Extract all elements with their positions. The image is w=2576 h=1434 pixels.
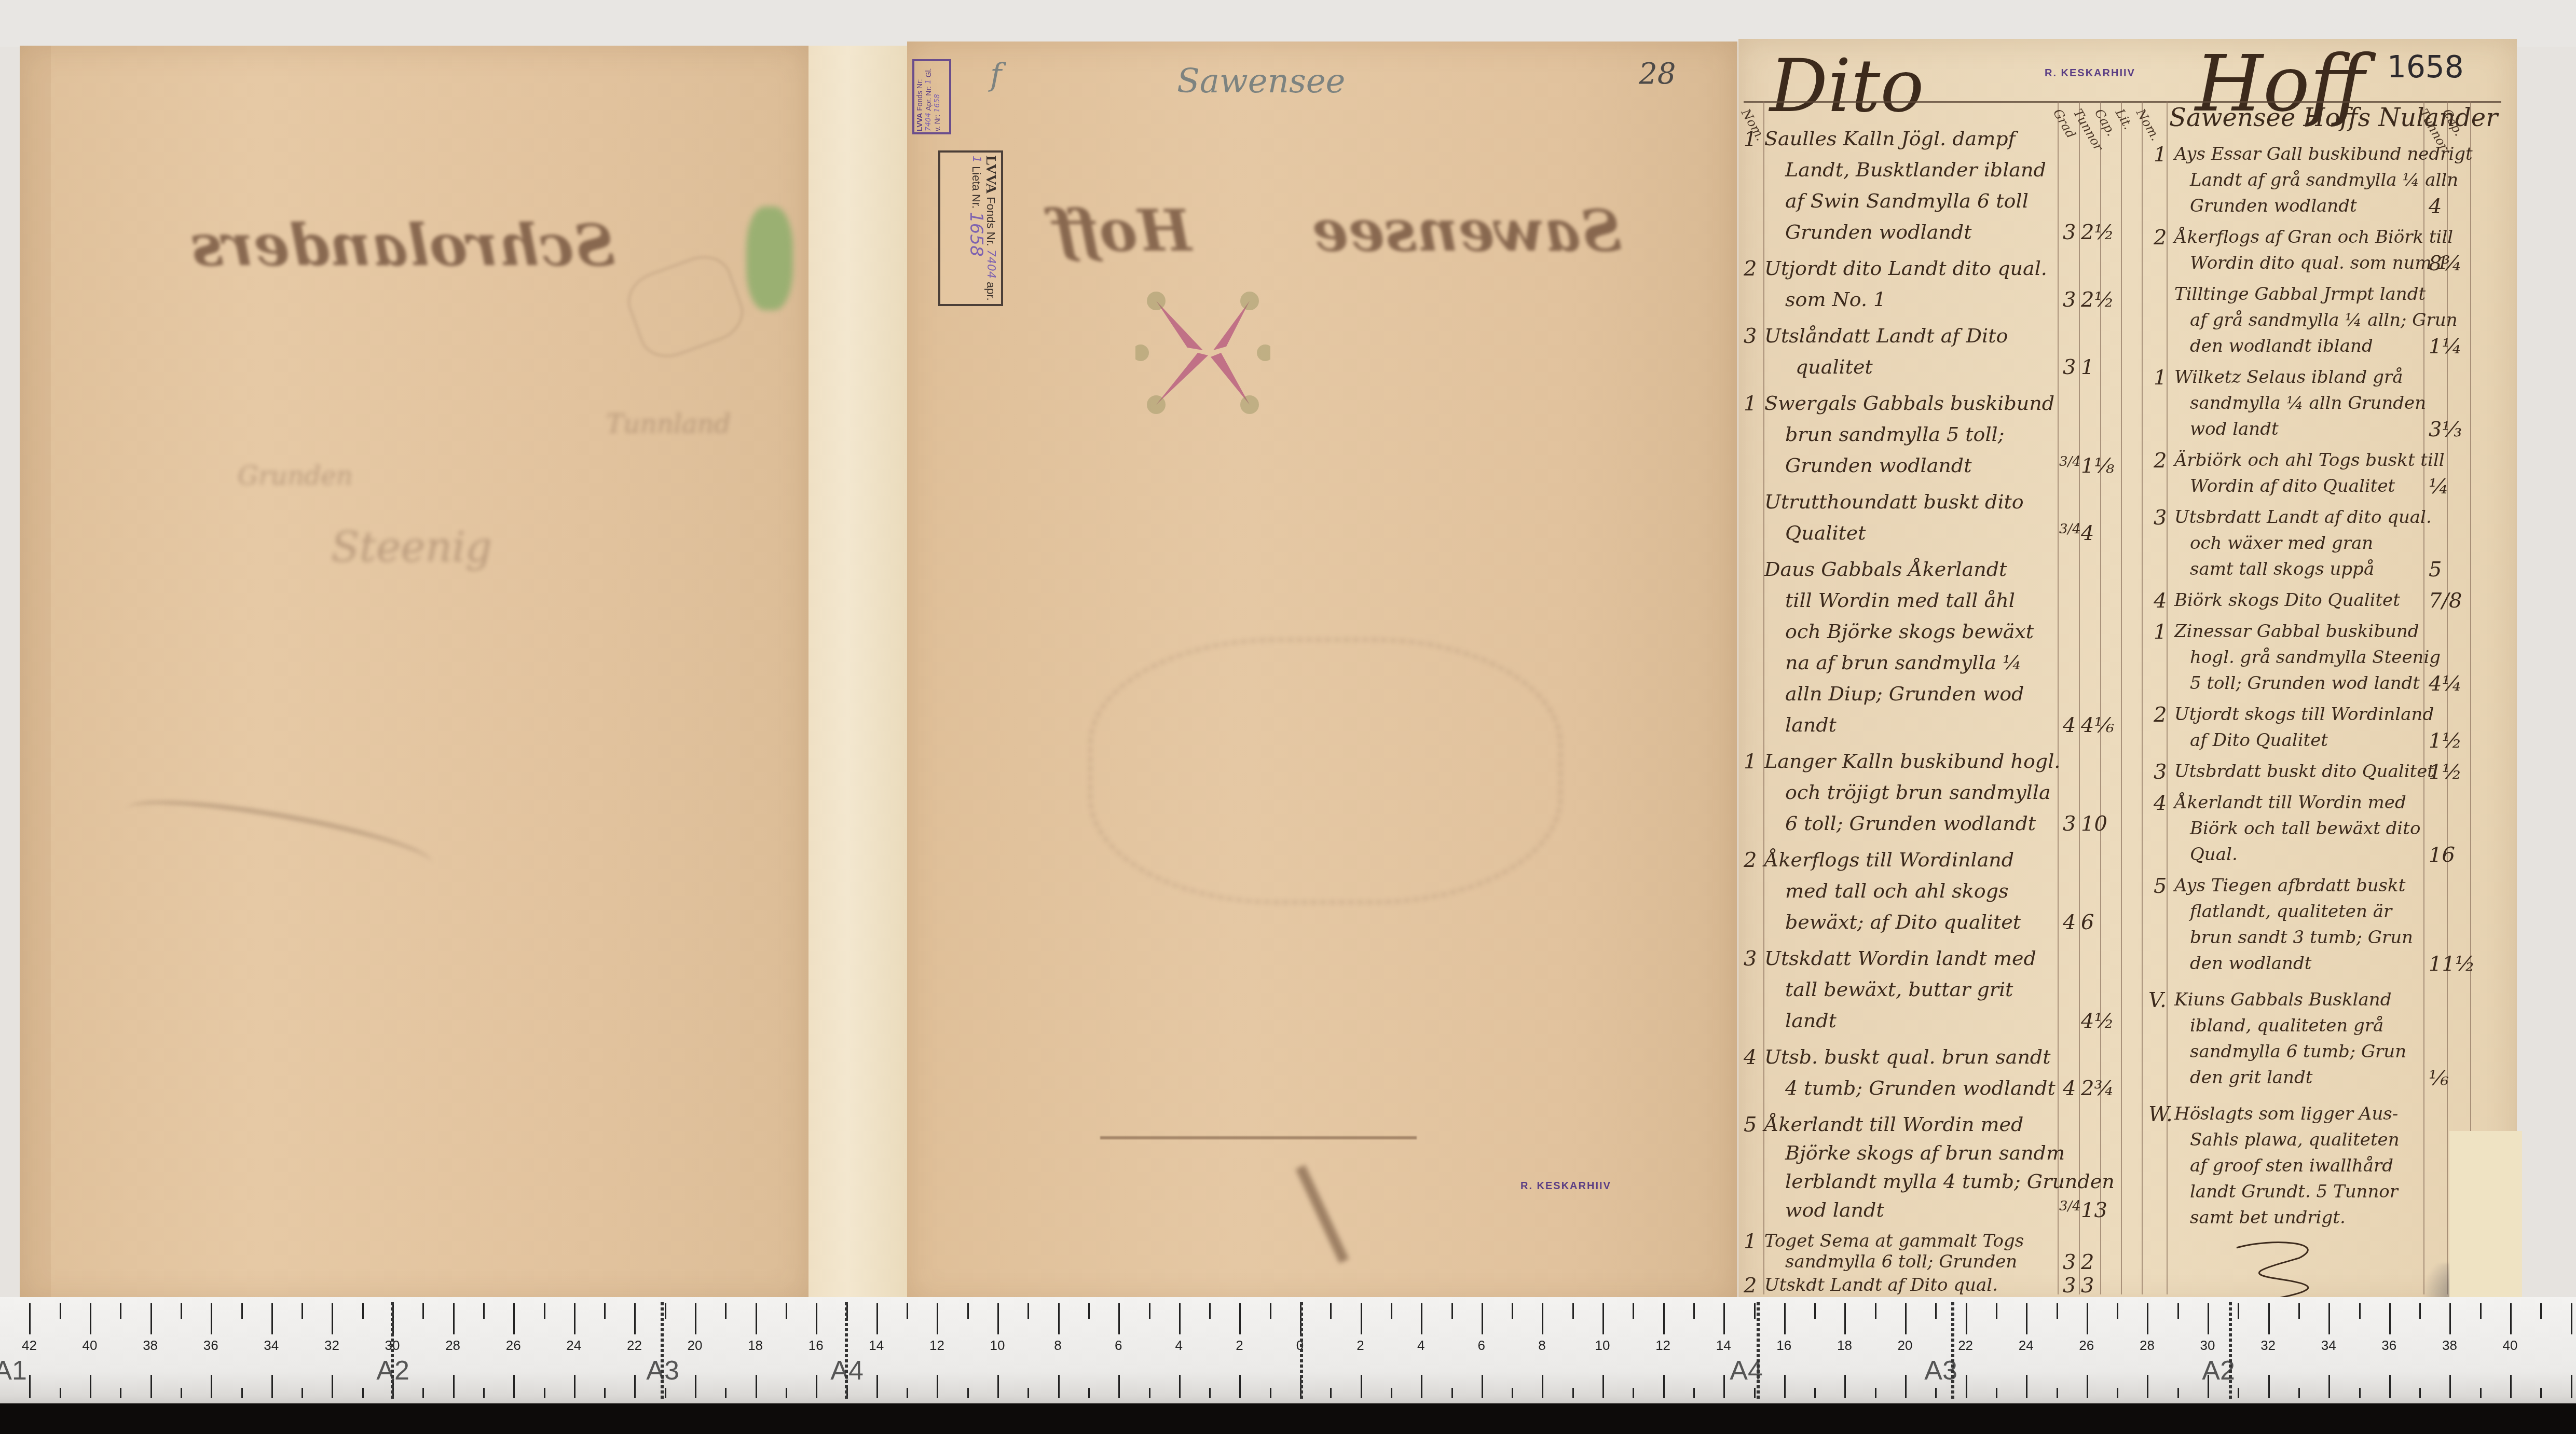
nom-value: 1 xyxy=(2154,143,2167,167)
ruler-label: 6 xyxy=(1478,1338,1485,1354)
ruler-tick xyxy=(483,1388,485,1398)
ruler-tick xyxy=(1542,1303,1543,1334)
tunnor-value: 1½ xyxy=(2429,729,2462,753)
bleed-rule-line xyxy=(1100,1136,1417,1139)
ruler-tick xyxy=(483,1303,485,1319)
stamp-title: LVVA xyxy=(983,156,999,194)
paper-format-line xyxy=(391,1302,394,1401)
ruler-tick xyxy=(816,1303,817,1334)
entry-line: Utjordt dito Landt dito qual. xyxy=(1764,257,2047,280)
ruler-tick xyxy=(1754,1388,1756,1398)
tunnor-value: 4¼ xyxy=(2429,672,2462,696)
ruler-tick xyxy=(937,1303,938,1334)
ruler-label: 18 xyxy=(748,1338,763,1354)
entry-line: Landt, Busktlander ibland xyxy=(1785,158,2046,181)
column-rule xyxy=(2121,101,2122,1294)
tunnor-value: 1⅛ xyxy=(2081,454,2114,478)
ruler-tick xyxy=(604,1388,606,1398)
ruler-label: 10 xyxy=(990,1338,1005,1354)
entry-line: ibland, qualiteten grå xyxy=(2190,1014,2383,1037)
tunnor-value: 4½ xyxy=(2081,1009,2114,1033)
ruler-tick xyxy=(2510,1303,2512,1334)
entry-line: af grå sandmylla ¼ alln; Grun xyxy=(2190,309,2458,332)
nom-value: 2 xyxy=(1744,1274,1757,1298)
ruler-tick xyxy=(2268,1375,2270,1398)
ruler-tick xyxy=(1451,1388,1453,1398)
page-number: 28 xyxy=(1639,57,1676,91)
nom-value: 4 xyxy=(2154,589,2167,613)
ruler-tick xyxy=(453,1303,455,1334)
ruler-label: 36 xyxy=(2381,1338,2396,1354)
entry-line: den wodlandt ibland xyxy=(2190,335,2373,357)
entry-line: Ays Essar Gall buskibund nedrigt xyxy=(2174,143,2473,166)
ruler-tick xyxy=(967,1388,969,1398)
binding-gutter xyxy=(809,46,907,1301)
ruler-tick xyxy=(2389,1375,2391,1398)
tunnor-value: 4 xyxy=(2081,521,2094,545)
entry-line: Biörk och tall bewäxt dito xyxy=(2190,817,2420,840)
ruler-label: 12 xyxy=(1655,1338,1670,1354)
column-rule xyxy=(2058,101,2059,1294)
ruler-label: 18 xyxy=(1837,1338,1852,1354)
ruler-tick xyxy=(1602,1303,1604,1334)
ruler-label: 8 xyxy=(1054,1338,1061,1354)
ruler-label: 34 xyxy=(2321,1338,2336,1354)
ruler-tick xyxy=(1118,1303,1120,1334)
keskarhiiv-stamp: R. KESKARHIIV xyxy=(1520,1180,1611,1192)
ruler-tick xyxy=(2117,1388,2118,1398)
tunnor-value: 2¾ xyxy=(2081,1077,2114,1100)
grad-value: 3 xyxy=(2063,355,2076,379)
entry-line: 5 toll; Grunden wod landt xyxy=(2190,672,2420,695)
ruler-tick xyxy=(1693,1388,1695,1398)
nom-value: 5 xyxy=(2154,874,2167,898)
nom-value: 2 xyxy=(2154,449,2167,473)
ruler-tick xyxy=(1118,1375,1120,1398)
ruler-tick xyxy=(241,1303,243,1319)
ruler-label: 36 xyxy=(203,1338,218,1354)
ruler-tick xyxy=(1149,1303,1150,1319)
paper-format-line xyxy=(2229,1302,2232,1401)
entry-line: na af brun sandmylla ¼ xyxy=(1785,651,2022,674)
tunnor-value: 2 xyxy=(2081,1250,2094,1274)
ruler-tick xyxy=(120,1303,121,1319)
entry-line: Langer Kalln buskibund hogl. xyxy=(1764,750,2060,773)
entry-line: af Swin Sandmylla 6 toll xyxy=(1785,189,2029,212)
column-rule xyxy=(2470,101,2471,1294)
entry-line: af Dito Qualitet xyxy=(2190,729,2328,752)
entry-line: Utrutthoundatt buskt dito xyxy=(1764,490,2024,513)
entry-line: Åkerlandt till Wordin med xyxy=(1764,1113,2023,1136)
entry-line: Tilltinge Gabbal Jrmpt landt xyxy=(2174,283,2426,306)
entry-line: Björke skogs af brun sandm xyxy=(1785,1141,2065,1164)
ruler-tick xyxy=(1784,1303,1786,1334)
tunnor-value: 13 xyxy=(2081,1198,2107,1222)
pencil-mark: f xyxy=(990,57,1002,93)
ruler-label: 16 xyxy=(809,1338,824,1354)
ruler-label: 10 xyxy=(1595,1338,1610,1354)
nom-value: 1 xyxy=(1744,1230,1757,1253)
archive-stamp-large: LVVA Fonds Nr. 7404 apr. 1 Lieta Nr. 165… xyxy=(938,150,1003,306)
ruler-tick xyxy=(2298,1388,2300,1398)
page-title-left: Dito xyxy=(1770,44,1924,129)
entry-line: sandmylla 6 toll; Grunden xyxy=(1785,1250,2017,1273)
ruler-tick xyxy=(2026,1375,2027,1398)
entry-line: Utjordt skogs till Wordinland xyxy=(2174,703,2434,726)
entry-line: tall bewäxt, buttar grit xyxy=(1785,978,2013,1001)
ruler-tick xyxy=(1844,1303,1846,1334)
ruler-tick xyxy=(1572,1303,1574,1319)
ruler-tick xyxy=(695,1303,696,1334)
bleed-word: Hoff xyxy=(1052,197,1191,264)
ruler-tick xyxy=(786,1388,787,1398)
ruler-tick xyxy=(1421,1303,1422,1334)
entry-line: Utslåndatt Landt af Dito xyxy=(1764,324,2008,347)
grad-value: 4 xyxy=(2063,1077,2076,1100)
tunnor-value: ¼ xyxy=(2429,475,2449,499)
entry-line: lerblandt mylla 4 tumb; Grunden xyxy=(1785,1170,2115,1193)
tunnor-value: 3⅓ xyxy=(2429,418,2462,442)
ruler-tick xyxy=(2540,1303,2542,1319)
stamp-value: 1 xyxy=(970,156,983,163)
ruler-tick xyxy=(241,1388,243,1398)
ruler-tick xyxy=(422,1388,424,1398)
ruler-tick xyxy=(2571,1303,2572,1334)
bleed-flourish xyxy=(122,787,436,886)
entry-line: sandmylla 6 tumb; Grun xyxy=(2190,1040,2406,1063)
ruler-tick xyxy=(90,1375,91,1398)
entry-line: Swergals Gabbals buskibund xyxy=(1764,392,2054,415)
entry-line: samt bet undrigt. xyxy=(2190,1206,2346,1229)
ruler-tick xyxy=(1966,1303,1967,1334)
ruler-tick xyxy=(1027,1388,1029,1398)
stamp-label: Lieta Nr. xyxy=(970,166,983,209)
ruler-tick xyxy=(271,1375,273,1398)
ruler-tick xyxy=(2419,1303,2421,1319)
paper-format-marker: A1 xyxy=(0,1355,27,1386)
ruler-tick xyxy=(1723,1375,1725,1398)
ruler-label: 2 xyxy=(1356,1338,1364,1354)
scanner-edge xyxy=(0,1403,2576,1434)
entry-line: Åkerlandt till Wordin med xyxy=(2174,791,2406,814)
ruler-tick xyxy=(2026,1303,2027,1334)
ruler-label: 14 xyxy=(869,1338,884,1354)
ruler-tick xyxy=(1633,1388,1634,1398)
entry-line: landt xyxy=(1785,713,1837,736)
entry-line: Wordin dito qual. som num 1 xyxy=(2190,252,2448,274)
ruler-tick xyxy=(1602,1375,1604,1398)
entry-line: Wilketz Selaus ibland grå xyxy=(2174,366,2403,389)
nom-value: 2 xyxy=(1744,257,1757,281)
ruler-tick xyxy=(634,1375,636,1398)
ruler-tick xyxy=(997,1375,999,1398)
entry-line: Utsb. buskt qual. brun sandt xyxy=(1764,1045,2050,1068)
tunnor-value: 1½ xyxy=(2429,760,2462,784)
grad-value: 3 xyxy=(2063,812,2076,836)
ruler-label: 26 xyxy=(506,1338,521,1354)
grad-value: 3 xyxy=(2063,1274,2076,1298)
ruler-tick xyxy=(90,1303,91,1334)
ruler-tick xyxy=(2480,1388,2482,1398)
stamp-value: 7404 xyxy=(924,113,933,131)
ruler-tick xyxy=(2147,1303,2148,1334)
ruler-tick xyxy=(997,1303,999,1334)
ruler-tick xyxy=(1572,1388,1574,1398)
entry-line: och wäxer med gran xyxy=(2190,532,2373,555)
bleed-fragment: Grunden xyxy=(238,461,353,491)
tunnor-value: 1¼ xyxy=(2429,335,2462,358)
nom-value: 1 xyxy=(1744,392,1757,416)
ruler-tick xyxy=(29,1375,31,1398)
entry-line: Saulles Kalln Jögl. dampf xyxy=(1764,127,2016,150)
stamp-value: 1658 xyxy=(933,94,941,113)
ruler-tick xyxy=(1330,1388,1332,1398)
ruler-tick xyxy=(1451,1303,1453,1319)
nom-value: 1 xyxy=(2154,620,2167,644)
ruler-tick xyxy=(1482,1375,1483,1398)
ruler-label: 40 xyxy=(83,1338,98,1354)
grad-value: 3 xyxy=(2063,220,2076,244)
entry-line: qualitet xyxy=(1796,355,1873,378)
bleed-sketch xyxy=(621,248,750,365)
paper-format-line xyxy=(1757,1302,1760,1401)
ruler-tick xyxy=(1270,1303,1271,1319)
ruler-tick xyxy=(1149,1388,1150,1398)
entry-line: af groof sten iwallhård xyxy=(2190,1154,2393,1177)
stamp-label: Apr. Nr: xyxy=(924,86,933,111)
ruler-label: 42 xyxy=(22,1338,37,1354)
ruler-tick xyxy=(1663,1303,1665,1334)
entry-line: Grunden wodlandt xyxy=(1785,220,1971,243)
ruler-tick xyxy=(907,1303,908,1319)
ruler-tick xyxy=(2177,1303,2179,1319)
bleed-title: Sawensee xyxy=(1312,197,1622,264)
entry-line: och Björke skogs bewäxt xyxy=(1785,620,2034,643)
nom-value: 3 xyxy=(2154,506,2167,530)
ruler-tick xyxy=(604,1303,606,1319)
ruler-tick xyxy=(2328,1375,2330,1398)
ruler-tick xyxy=(544,1303,545,1319)
scale-ruler: 4240383634323028262422201816141210864202… xyxy=(0,1297,2576,1403)
entry-line: och tröjigt brun sandmylla xyxy=(1785,781,2051,804)
nom-value: 2 xyxy=(2154,226,2167,250)
ruler-tick xyxy=(1935,1303,1937,1319)
ruler-tick xyxy=(150,1303,152,1334)
ruler-tick xyxy=(513,1375,515,1398)
tunnor-value: 16 xyxy=(2429,843,2455,867)
tunnor-value: 5 xyxy=(2429,558,2442,582)
ruler-tick xyxy=(665,1303,666,1319)
ruler-tick xyxy=(1966,1375,1967,1398)
entry-line: landt xyxy=(1785,1009,1837,1032)
entry-line: Toget Sema at gammalt Togs xyxy=(1764,1230,2024,1252)
column-rule xyxy=(2142,101,2143,1294)
ruler-tick xyxy=(2208,1303,2209,1334)
entry-line: med tall och ahl skogs xyxy=(1785,879,2009,902)
tunnor-value: 6 xyxy=(2081,911,2094,934)
ruler-tick xyxy=(2540,1388,2542,1398)
ruler-tick xyxy=(1209,1303,1211,1319)
ruler-tick xyxy=(2147,1375,2148,1398)
entry-line: Utsbrdatt Landt af dito qual. xyxy=(2174,506,2432,529)
ruler-label: 28 xyxy=(445,1338,460,1354)
archive-stamp-small: LVVA Fonds Nr: 7404 Apr. Nr: 1 Gl. v. Nr… xyxy=(912,59,951,134)
ruler-tick xyxy=(1239,1375,1241,1398)
ruler-tick xyxy=(876,1375,878,1398)
column-rule xyxy=(2100,101,2101,1294)
ruler-tick xyxy=(1330,1303,1332,1319)
ruler-tick xyxy=(1693,1303,1695,1319)
stamp-label: Fonds Nr: xyxy=(915,79,924,111)
ruler-tick xyxy=(695,1375,696,1398)
grad-value: 4 xyxy=(2063,911,2076,934)
entry-line: brun sandmylla 5 toll; xyxy=(1785,423,2005,446)
ruler-tick xyxy=(1512,1303,1513,1319)
ruler-label: 22 xyxy=(627,1338,642,1354)
entry-line: Sahls plawa, qualiteten xyxy=(2190,1128,2400,1151)
tunnor-value: 8¾ xyxy=(2429,252,2462,275)
entry-line: Höslagts som ligger Aus- xyxy=(2174,1102,2398,1125)
grad-value: 3/4 xyxy=(2059,521,2081,537)
ruler-tick xyxy=(1996,1388,1997,1398)
ruler-tick xyxy=(2298,1303,2300,1319)
ruler-tick xyxy=(1361,1303,1362,1334)
ruler-tick xyxy=(1784,1375,1786,1398)
ruler-label: 14 xyxy=(1716,1338,1731,1354)
ruler-tick xyxy=(1875,1303,1876,1319)
entry-line: Qualitet xyxy=(1785,521,1866,544)
ruler-tick xyxy=(60,1388,61,1398)
ruler-label: 28 xyxy=(2140,1338,2155,1354)
bleed-fragment: Tunnland xyxy=(606,409,731,439)
ruler-tick xyxy=(2057,1388,2058,1398)
entry-line: alln Diup; Grunden wod xyxy=(1785,682,2024,705)
nom-value: 3 xyxy=(1744,947,1757,971)
ruler-tick xyxy=(1058,1303,1060,1334)
column-rule xyxy=(2447,101,2448,1294)
tunnor-value: 4 xyxy=(2429,195,2442,218)
paper-format-line xyxy=(661,1302,664,1401)
entry-line: Ays Tiegen afbrdatt buskt xyxy=(2174,874,2405,897)
ruler-tick xyxy=(2328,1303,2330,1334)
ruler-tick xyxy=(271,1303,273,1334)
ruler-label: 12 xyxy=(929,1338,944,1354)
entry-line: som No. 1 xyxy=(1785,288,1886,311)
tunnor-value: ⅙ xyxy=(2429,1066,2449,1090)
tunnor-value: 10 xyxy=(2081,812,2107,836)
ruler-tick xyxy=(1239,1303,1241,1334)
ruler-tick xyxy=(362,1303,364,1319)
ruler-tick xyxy=(1512,1388,1513,1398)
page-edge-shadow xyxy=(20,46,51,1301)
ruler-tick xyxy=(2057,1303,2058,1319)
ruler-tick xyxy=(2177,1388,2179,1398)
ruler-label: 40 xyxy=(2503,1338,2518,1354)
entry-line: sandmylla ¼ alln Grunden xyxy=(2190,392,2426,415)
entry-line: 6 toll; Grunden wodlandt xyxy=(1785,812,2036,835)
ruler-center-line xyxy=(1300,1302,1303,1401)
tunnor-value: 4⅙ xyxy=(2081,713,2114,737)
entry-line: Wordin af dito Qualitet xyxy=(2190,475,2395,498)
ruler-tick xyxy=(2087,1375,2088,1398)
ruler-tick xyxy=(2359,1388,2361,1398)
ruler-tick xyxy=(2480,1303,2482,1319)
ruler-tick xyxy=(1844,1375,1846,1398)
ruler-tick xyxy=(1179,1303,1181,1334)
entry-line: Utsbrdatt buskt dito Qualitet xyxy=(2174,760,2434,783)
entry-line: wod landt xyxy=(1785,1198,1884,1221)
ruler-tick xyxy=(150,1375,152,1398)
green-stain xyxy=(746,206,793,310)
ruler-tick xyxy=(1542,1375,1543,1398)
ruler-tick xyxy=(302,1303,303,1319)
ruler-tick xyxy=(2359,1303,2361,1319)
ruler-tick xyxy=(665,1388,666,1398)
ruler-tick xyxy=(967,1303,969,1319)
ruler-tick xyxy=(2449,1303,2451,1334)
pencil-title: Sawensee xyxy=(1177,62,1345,101)
nom-value: 3 xyxy=(1744,324,1757,348)
column-header: Nom. xyxy=(2133,106,2163,143)
ruler-tick xyxy=(1723,1303,1725,1334)
ruler-tick xyxy=(181,1388,182,1398)
tunnor-value: 7/8 xyxy=(2429,589,2462,613)
ruler-tick xyxy=(574,1303,576,1334)
ruler-tick xyxy=(876,1303,878,1334)
ruler-tick xyxy=(2087,1303,2088,1334)
bleed-title: Schrolanders xyxy=(191,212,615,279)
ruler-tick xyxy=(453,1375,455,1398)
ruler-tick xyxy=(725,1388,727,1398)
ruler-tick xyxy=(574,1375,576,1398)
ruler-label: 26 xyxy=(2079,1338,2094,1354)
ruler-tick xyxy=(1482,1303,1483,1334)
ruler-tick xyxy=(29,1303,31,1334)
bleed-flourish xyxy=(1296,1165,1349,1263)
entry-line: bewäxt; af Dito qualitet xyxy=(1785,911,2021,933)
nom-value: 3 xyxy=(2154,760,2167,784)
ruler-tick xyxy=(1996,1303,1997,1319)
entry-line: den wodlandt xyxy=(2190,952,2311,975)
ruler-tick xyxy=(332,1375,333,1398)
ruler-tick xyxy=(1814,1388,1816,1398)
nom-value: 4 xyxy=(2154,791,2167,815)
ruler-tick xyxy=(422,1303,424,1319)
ruler-tick xyxy=(1391,1303,1392,1319)
header-rule xyxy=(1744,101,2501,103)
ruler-tick xyxy=(2238,1388,2239,1398)
right-page: Dito R. KESKARHIIV Hoff 1658 Nom. Grad T… xyxy=(1738,39,2517,1305)
ruler-label: 22 xyxy=(1958,1338,1973,1354)
ruler-tick xyxy=(1088,1303,1090,1319)
ruler-label: 4 xyxy=(1175,1338,1183,1354)
tunnor-value: 3 xyxy=(2081,1274,2094,1298)
entry-line: Qual. xyxy=(2190,843,2238,866)
entry-line: den grit landt xyxy=(2190,1066,2312,1089)
ruler-tick xyxy=(211,1375,212,1398)
entry-line: samt tall skogs uppå xyxy=(2190,558,2374,581)
ruler-tick xyxy=(2510,1375,2512,1398)
ruler-tick xyxy=(1663,1375,1665,1398)
ruler-tick xyxy=(1270,1388,1271,1398)
nom-value: 4 xyxy=(1744,1045,1757,1069)
compass-mark-icon xyxy=(1135,291,1270,415)
ruler-tick xyxy=(1088,1388,1090,1398)
ruler-tick xyxy=(544,1388,545,1398)
nom-value: W. xyxy=(2148,1102,2173,1126)
entry-line: Biörk skogs Dito Qualitet xyxy=(2174,589,2400,612)
ruler-tick xyxy=(1633,1303,1634,1319)
